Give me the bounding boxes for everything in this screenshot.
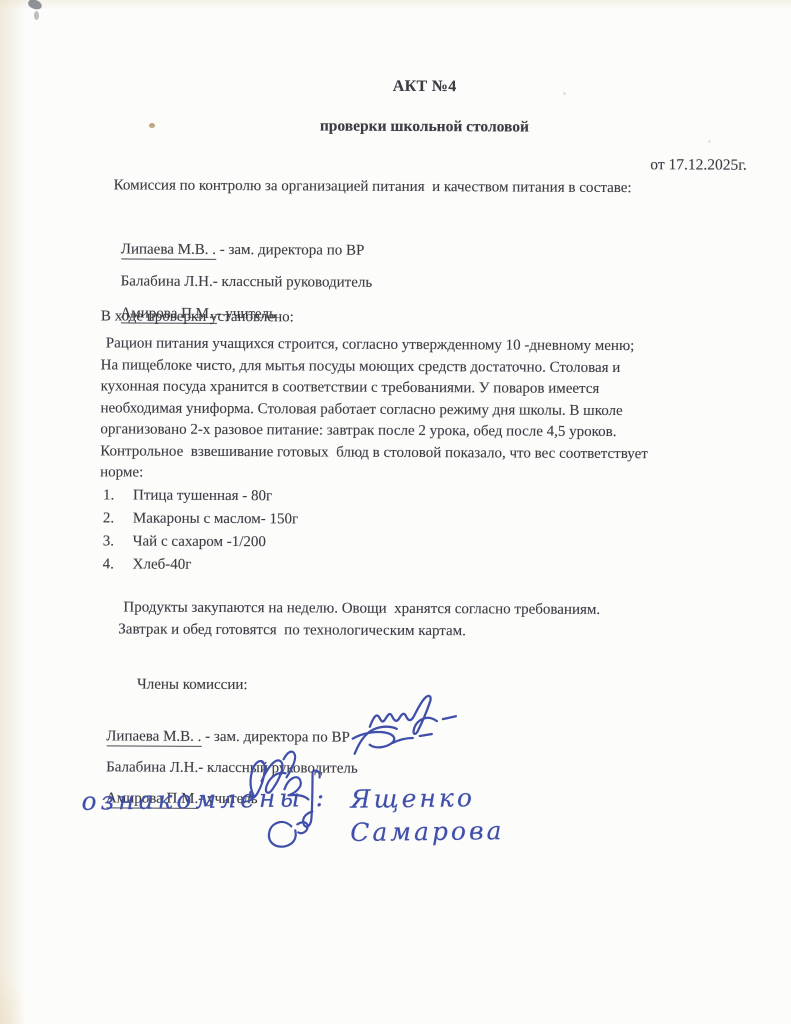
balabina-ink-signature-icon: [347, 722, 437, 764]
menu-item-number: 1.: [103, 485, 133, 507]
closing-line: Завтрак и обед готовятся по технологичес…: [118, 619, 466, 642]
document-title: АКТ №4: [102, 74, 747, 99]
menu-item: 1.Птица тушенная - 80г: [103, 485, 298, 508]
closing-line: Продукты закупаются на неделю. Овощи хра…: [123, 597, 600, 621]
menu-item-number: 2.: [103, 508, 133, 530]
menu-item: 3.Чай с сахаром -1/200: [103, 531, 298, 554]
body-line: необходимая униформа. Столовая работает …: [100, 398, 648, 422]
menu-item-text: Чай с сахаром -1/200: [133, 531, 266, 553]
body-line: кухонная посуда хранится в соответствии …: [101, 376, 649, 400]
menu-list: 1.Птица тушенная - 80г 2.Макароны с масл…: [103, 485, 299, 577]
handwritten-name: Ященко: [350, 783, 475, 814]
body-line: На пищеблоке чисто, для мытья посуды мою…: [101, 355, 649, 379]
menu-item-number: 4.: [103, 554, 133, 576]
commission-heading: Члены комиссии:: [137, 675, 248, 697]
body-paragraph: Рацион питания учащихся строится, соглас…: [100, 333, 648, 486]
handwritten-name: Самарова: [350, 816, 505, 847]
menu-item-text: Птица тушенная - 80г: [133, 485, 272, 507]
document-date: от 17.12.2025г.: [442, 153, 747, 176]
menu-item-text: Хлеб-40г: [133, 554, 192, 576]
findings-heading: В ходе проверки установлено:: [101, 306, 294, 329]
intro-line: Комиссия по контролю за организацией пит…: [114, 175, 632, 199]
body-line: норме:: [100, 462, 648, 486]
document-content: АКТ №4 проверки школьной столовой от 17.…: [0, 0, 791, 1024]
menu-item-number: 3.: [103, 531, 133, 553]
menu-item-text: Макароны с маслом- 150г: [133, 508, 298, 530]
menu-item: 4.Хлеб-40г: [103, 554, 298, 577]
menu-item: 2.Макароны с маслом- 150г: [103, 508, 298, 531]
samarova-ink-signature-icon: [261, 814, 316, 859]
body-line: организовано 2-х разовое питание: завтра…: [100, 419, 648, 443]
body-line: Рацион питания учащихся строится, соглас…: [101, 333, 649, 357]
scanned-document-page: АКТ №4 проверки школьной столовой от 17.…: [0, 0, 791, 1024]
document-subtitle: проверки школьной столовой: [102, 114, 747, 139]
body-line: Контрольное взвешивание готовых блюд в с…: [100, 441, 648, 465]
